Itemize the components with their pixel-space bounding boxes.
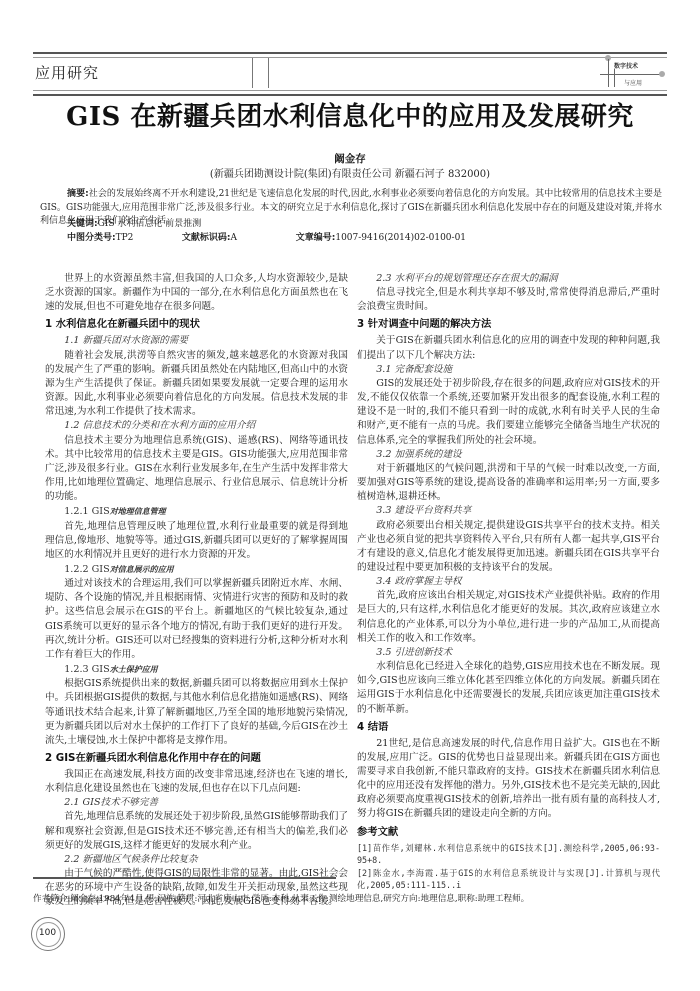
section-label: 应用研究: [35, 62, 99, 83]
paragraph-2-3: 信息寻找完全,但是水利共享却不够及时,常常使得消息滞后,严重时会浪费宝贵时间。: [357, 286, 660, 314]
author-bio: 作者简介:阚金存,1984年4月,男,汉族,籍贯:河北省唐山市,学历:本科,从事…: [33, 892, 673, 904]
page-number-badge: 100: [31, 917, 65, 951]
doc-code-label: 文献标识码:: [182, 233, 231, 243]
intro-paragraph: 世界上的水资源虽然丰富,但我国的人口众多,人均水资源较少,是缺乏水资源的国家。新…: [45, 272, 348, 314]
references-heading: 参考文献: [357, 824, 660, 840]
article-metadata: 中图分类号:TP2 文献标识码:A 文章编号:1007-9416(2014)02…: [67, 230, 657, 243]
paragraph-3-1: GIS的发展还处于初步阶段,存在很多的问题,政府应对GIS技术的开发,不能仅仅依…: [357, 377, 660, 448]
right-column: 2.3 水利平台的规划管理还存在很大的漏洞 信息寻找完全,但是水利共享却不够及时…: [357, 272, 660, 892]
subsection-heading-1-2-3: 1.2.3 GIS水土保护应用: [45, 662, 348, 677]
reference-list: [1]苗作华,刘耀林.水利信息系统中的GIS技术[J].测绘科学,2005,06…: [357, 842, 660, 892]
clc-label: 中图分类号:: [67, 233, 116, 243]
subsection-heading-3-1: 3.1 完备配套设施: [357, 363, 660, 377]
paragraph-2-intro: 我国正在高速发展,科技方面的改变非常迅速,经济也在飞速的增长,水利信息化建设虽然…: [45, 768, 348, 796]
paragraph-1-2-3: 根据GIS系统提供出来的数据,新疆兵团可以将数据应用到水土保护中。兵团根据GIS…: [45, 677, 348, 748]
logo-text-line1: 数字技术: [614, 61, 638, 70]
keywords-value: GIS 水利信息化 前景推测: [98, 219, 202, 229]
page-number: 100: [32, 928, 63, 938]
paragraph-3-5: 水利信息化已经进入全球化的趋势,GIS应用技术也在不断发展。现如今,GIS也应该…: [357, 660, 660, 717]
journal-page: 应用研究 数字技术 与应用 GIS 在新疆兵团水利信息化中的应用及发展研究 阚金…: [0, 0, 700, 991]
subsection-heading-3-5: 3.5 引进创新技术: [357, 646, 660, 660]
keywords-label: 关键词:: [67, 219, 98, 229]
logo-text-line2: 与应用: [624, 78, 642, 87]
subsection-heading-3-3: 3.3 建设平台资料共享: [357, 504, 660, 518]
reference-item: [1]苗作华,刘耀林.水利信息系统中的GIS技术[J].测绘科学,2005,06…: [357, 842, 660, 867]
author-affiliation: (新疆兵团勘测设计院(集团)有限责任公司 新疆石河子 832000): [0, 165, 700, 180]
paragraph-3-4: 首先,政府应该出台相关规定,对GIS技术产业提供补贴。政府的作用是巨大的,只有这…: [357, 589, 660, 646]
subsection-heading-3-4: 3.4 政府掌握主导权: [357, 575, 660, 589]
abstract-label: 摘要:: [67, 189, 89, 199]
subsection-heading-1-2-1: 1.2.1 GIS对地理信息管理: [45, 504, 348, 519]
footnote-rule: [33, 877, 336, 879]
subsection-heading-1-1: 1.1 新疆兵团对水资源的需要: [45, 334, 348, 348]
paragraph-1-2-1: 首先,地理信息管理反映了地理位置,水利行业最重要的就是得到地理信息,像地形、地貌…: [45, 520, 348, 562]
header-top-rule: [33, 52, 667, 58]
article-no-value: 1007-9416(2014)02-0100-01: [335, 233, 466, 243]
paragraph-2-1: 首先,地理信息系统的发展还处于初步阶段,虽然GIS能够帮助我们了解和观察社会资源…: [45, 810, 348, 852]
header-divider-bars: [252, 58, 272, 88]
clc-value: TP2: [116, 233, 134, 243]
paragraph-1-1: 随着社会发展,洪涝等自然灾害的频发,越来越恶化的水资源对我国的发展产生了严重的影…: [45, 349, 348, 420]
paragraph-3-3: 政府必须要出台相关规定,提供建设GIS共享平台的技术支持。相关产业也必须自觉的把…: [357, 519, 660, 576]
left-column: 世界上的水资源虽然丰富,但我国的人口众多,人均水资源较少,是缺乏水资源的国家。新…: [45, 272, 348, 910]
reference-item: [2]陈金水,李海霞.基于GIS的水利信息系统设计与实现[J].计算机与现代化,…: [357, 867, 660, 892]
article-no-label: 文章编号:: [296, 233, 336, 243]
keywords: 关键词:GIS 水利信息化 前景推测: [67, 216, 201, 229]
doc-code-value: A: [230, 233, 237, 243]
article-author: 阚金存: [0, 151, 700, 166]
logo-dot-icon: [659, 71, 665, 77]
section-heading-3: 3 针对调查中问题的解决方法: [357, 316, 660, 332]
paragraph-3-2: 对于新疆地区的气候问题,洪涝和干旱的气候一时难以改变,一方面,要加强对GIS等系…: [357, 462, 660, 504]
subsection-heading-1-2-2: 1.2.2 GIS对信息展示的应用: [45, 562, 348, 577]
subsection-heading-1-2: 1.2 信息技术的分类和在水利方面的应用介绍: [45, 419, 348, 433]
subsection-heading-2-3: 2.3 水利平台的规划管理还存在很大的漏洞: [357, 272, 660, 286]
section-heading-4: 4 结语: [357, 719, 660, 735]
section-heading-1: 1 水利信息化在新疆兵团中的现状: [45, 316, 348, 332]
subsection-heading-2-2: 2.2 新疆地区气候条件比较复杂: [45, 853, 348, 867]
paragraph-4: 21世纪,是信息高速发展的时代,信息作用日益扩大。GIS也在不断的发展,应用广泛…: [357, 737, 660, 822]
subsection-heading-2-1: 2.1 GIS技术不够完善: [45, 796, 348, 810]
article-title: GIS 在新疆兵团水利信息化中的应用及发展研究: [0, 96, 700, 133]
paragraph-3-intro: 关于GIS在新疆兵团水利信息化的应用的调查中发现的种种问题,我们提出了以下几个解…: [357, 334, 660, 362]
paragraph-1-2-2: 通过对该技术的合理运用,我们可以掌握新疆兵团附近水库、水闸、堤防、各个设施的情况…: [45, 577, 348, 662]
section-heading-2: 2 GIS在新疆兵团水利信息化作用中存在的问题: [45, 750, 348, 766]
paragraph-1-2: 信息技术主要分为地理信息系统(GIS)、遥感(RS)、网络等通讯技术。其中比较常…: [45, 434, 348, 505]
subsection-heading-3-2: 3.2 加强系统的建设: [357, 448, 660, 462]
journal-logo: 数字技术 与应用: [600, 55, 666, 88]
